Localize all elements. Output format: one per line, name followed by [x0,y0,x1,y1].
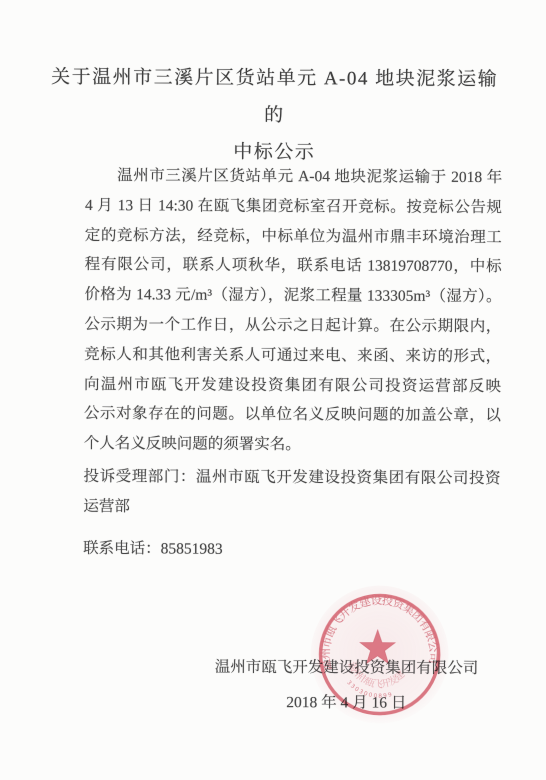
body-line: 程有限公司，联系人项秋华，联系电话 13819708770，中标 [85,250,502,282]
contact-phone: 联系电话：85851983 [83,534,500,566]
complaint-line: 投诉受理部门：温州市瓯飞开发建设投资集团有限公司投资 [83,462,500,494]
body-line: 公示期为一个工作日，从公示之日起计算。在公示期限内， [84,310,501,342]
scanned-document-page: 关于温州市三溪片区货站单元 A-04 地块泥浆运输的 中标公示 温州市三溪片区货… [0,0,546,780]
seal-star-icon [360,630,395,664]
body-line: 温州市三溪片区货站单元 A-04 地块泥浆运输于 2018 年 [85,161,502,193]
complaint-line: 运营部 [83,492,500,524]
document-title: 关于温州市三溪片区货站单元 A-04 地块泥浆运输的 中标公示 [41,59,508,172]
body-line: 竞标人和其他利害关系人可通过来电、来函、来访的形式， [84,340,501,372]
title-line-1: 关于温州市三溪片区货站单元 A-04 地块泥浆运输的 [41,59,507,135]
body-line: 向温州市瓯飞开发建设投资集团有限公司投资运营部反映 [84,370,501,402]
body-paragraph: 温州市三溪片区货站单元 A-04 地块泥浆运输于 2018 年 4 月 13 日… [84,161,503,461]
complaint-department: 投诉受理部门：温州市瓯飞开发建设投资集团有限公司投资 运营部 [83,462,500,524]
seal-arc-text: 温州市瓯飞开发建设投资集团有限公司 [319,593,440,673]
seal-inner-arc-text: 温州市瓯飞开发建设投资集团有限公司 [302,577,422,695]
body-line: 公示对象存在的问题。以单位名义反映问题的加盖公章，以 [84,399,501,431]
body-line: 定的竞标方法，经竞标，中标单位为温州市鼎丰环境治理工 [85,221,502,253]
body-line: 价格为 14.33 元/m³（湿方），泥浆工程量 133305m³（湿方）。 [84,280,501,312]
body-line: 4 月 13 日 14:30 在瓯飞集团竞标室召开竞标。按竞标公告规 [85,191,502,223]
document-content: 关于温州市三溪片区货站单元 A-04 地块泥浆运输的 中标公示 温州市三溪片区货… [0,0,546,780]
official-seal: 温州市瓯飞开发建设投资集团有限公司 温州市瓯飞开发建设投资集团有限公司 3303… [302,577,457,732]
body-line: 个人名义反映问题的须署实名。 [84,429,501,461]
